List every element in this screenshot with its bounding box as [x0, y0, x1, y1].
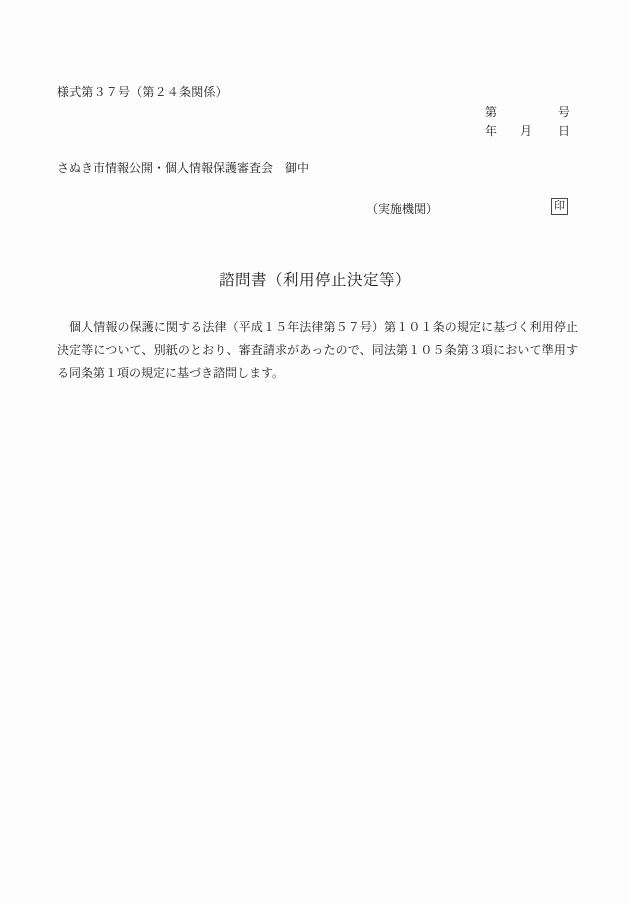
seal-mark: 印: [554, 201, 565, 212]
date-day-label: 日: [558, 122, 570, 139]
body-paragraph: 個人情報の保護に関する法律（平成１５年法律第５７号）第１０１条の規定に基づく利用…: [57, 316, 578, 385]
agency-label: （実施機関）: [366, 200, 438, 217]
date-line: 年 月 日: [485, 122, 570, 139]
form-number: 様式第３７号（第２４条関係）: [57, 83, 228, 100]
doc-number-line: 第 号: [485, 103, 570, 120]
doc-number-suffix: 号: [558, 103, 570, 120]
doc-number-prefix: 第: [485, 103, 497, 120]
seal-box: 印: [551, 198, 568, 215]
date-year-label: 年: [485, 122, 497, 139]
document-page: 様式第３７号（第２４条関係） 第 号 年 月 日 さぬき市情報公開・個人情報保護…: [0, 0, 630, 903]
addressee-line: さぬき市情報公開・個人情報保護審査会 御中: [57, 159, 309, 176]
date-month-label: 月: [520, 122, 532, 139]
document-title: 諮問書（利用停止決定等）: [0, 268, 630, 290]
